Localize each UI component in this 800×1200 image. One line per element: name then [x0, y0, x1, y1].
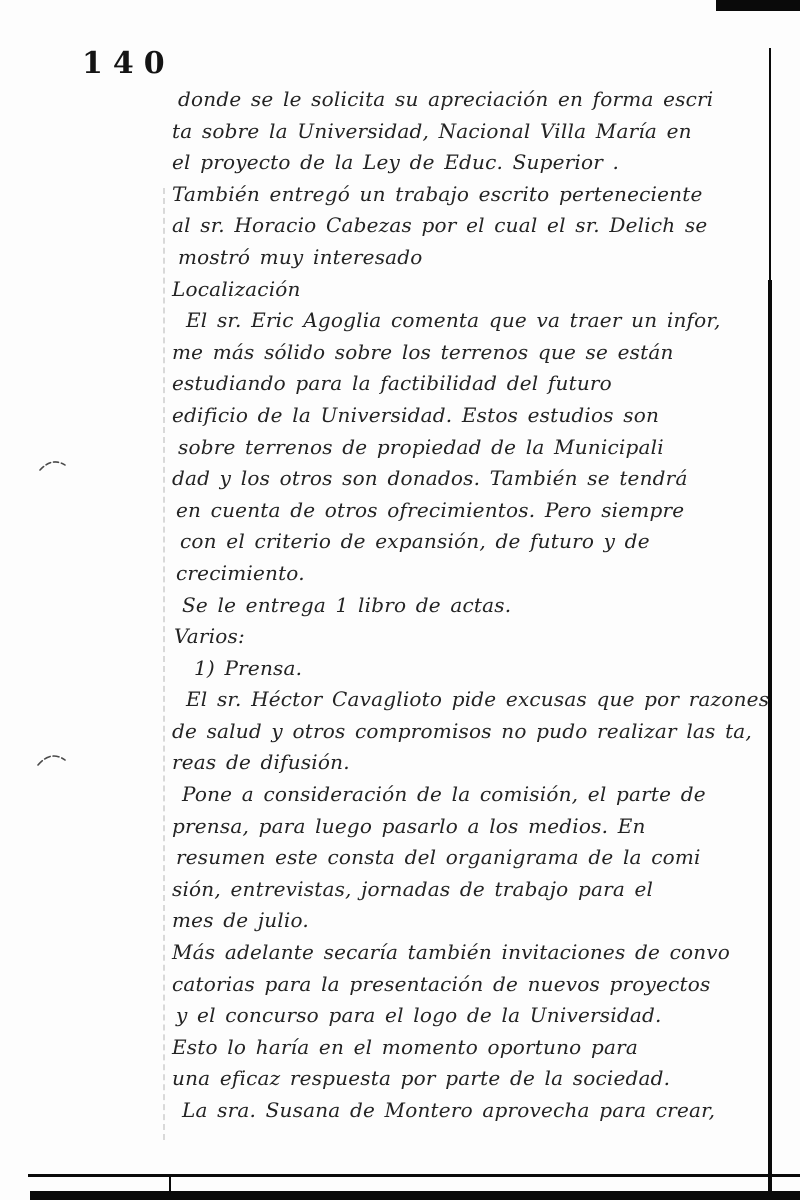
manuscript-line: Pone a consideración de la comisión, el …	[172, 779, 772, 811]
handwritten-text-block: donde se le solicita su apreciación en f…	[172, 84, 772, 1127]
manuscript-line: donde se le solicita su apreciación en f…	[172, 84, 772, 116]
manuscript-line: reas de difusión.	[172, 747, 772, 779]
margin-squiggle-mark	[38, 456, 68, 474]
margin-squiggle-mark	[36, 748, 68, 770]
scan-artifact-top-right-bar	[716, 0, 800, 11]
manuscript-line: mes de julio.	[172, 905, 772, 937]
scanned-document-page: 140 donde se le solicita su apreciación …	[0, 0, 800, 1200]
manuscript-line: con el criterio de expansión, de futuro …	[172, 526, 772, 558]
manuscript-line: me más sólido sobre los terrenos que se …	[172, 337, 772, 369]
manuscript-line: Se le entrega 1 libro de actas.	[172, 590, 772, 622]
manuscript-line: También entregó un trabajo escrito perte…	[172, 179, 772, 211]
manuscript-line: catorias para la presentación de nuevos …	[172, 969, 772, 1001]
manuscript-line: prensa, para luego pasarlo a los medios.…	[172, 811, 772, 843]
manuscript-line: resumen este consta del organigrama de l…	[172, 842, 772, 874]
manuscript-line: sión, entrevistas, jornadas de trabajo p…	[172, 874, 772, 906]
scan-artifact-bottom-bar	[30, 1191, 800, 1200]
manuscript-line: de salud y otros compromisos no pudo rea…	[172, 716, 772, 748]
manuscript-line: estudiando para la factibilidad del futu…	[172, 368, 772, 400]
manuscript-line: edificio de la Universidad. Estos estudi…	[172, 400, 772, 432]
notebook-margin-rule	[163, 188, 165, 1140]
manuscript-line: el proyecto de la Ley de Educ. Superior …	[172, 147, 772, 179]
scan-artifact-bottom-rule	[28, 1174, 800, 1177]
manuscript-line: La sra. Susana de Montero aprovecha para…	[172, 1095, 772, 1127]
manuscript-line: El sr. Eric Agoglia comenta que va traer…	[172, 305, 772, 337]
page-number: 140	[82, 46, 175, 81]
scan-artifact-right-edge-line	[768, 280, 772, 1192]
manuscript-line: 1) Prensa.	[172, 653, 772, 685]
scan-artifact-bottom-tick	[169, 1177, 171, 1200]
manuscript-line: Esto lo haría en el momento oportuno par…	[172, 1032, 772, 1064]
manuscript-line: y el concurso para el logo de la Univers…	[172, 1000, 772, 1032]
manuscript-line: sobre terrenos de propiedad de la Munici…	[172, 432, 772, 464]
manuscript-line: El sr. Héctor Cavaglioto pide excusas qu…	[172, 684, 772, 716]
manuscript-line: crecimiento.	[172, 558, 772, 590]
manuscript-line: al sr. Horacio Cabezas por el cual el sr…	[172, 210, 772, 242]
manuscript-line: ta sobre la Universidad, Nacional Villa …	[172, 116, 772, 148]
manuscript-line: Más adelante secaría también invitacione…	[172, 937, 772, 969]
manuscript-line: una eficaz respuesta por parte de la soc…	[172, 1063, 772, 1095]
manuscript-line: en cuenta de otros ofrecimientos. Pero s…	[172, 495, 772, 527]
manuscript-line: dad y los otros son donados. También se …	[172, 463, 772, 495]
scan-artifact-right-edge-line-thin	[769, 48, 771, 280]
manuscript-line: Localización	[172, 274, 772, 306]
manuscript-line: Varios:	[172, 621, 772, 653]
manuscript-line: mostró muy interesado	[172, 242, 772, 274]
